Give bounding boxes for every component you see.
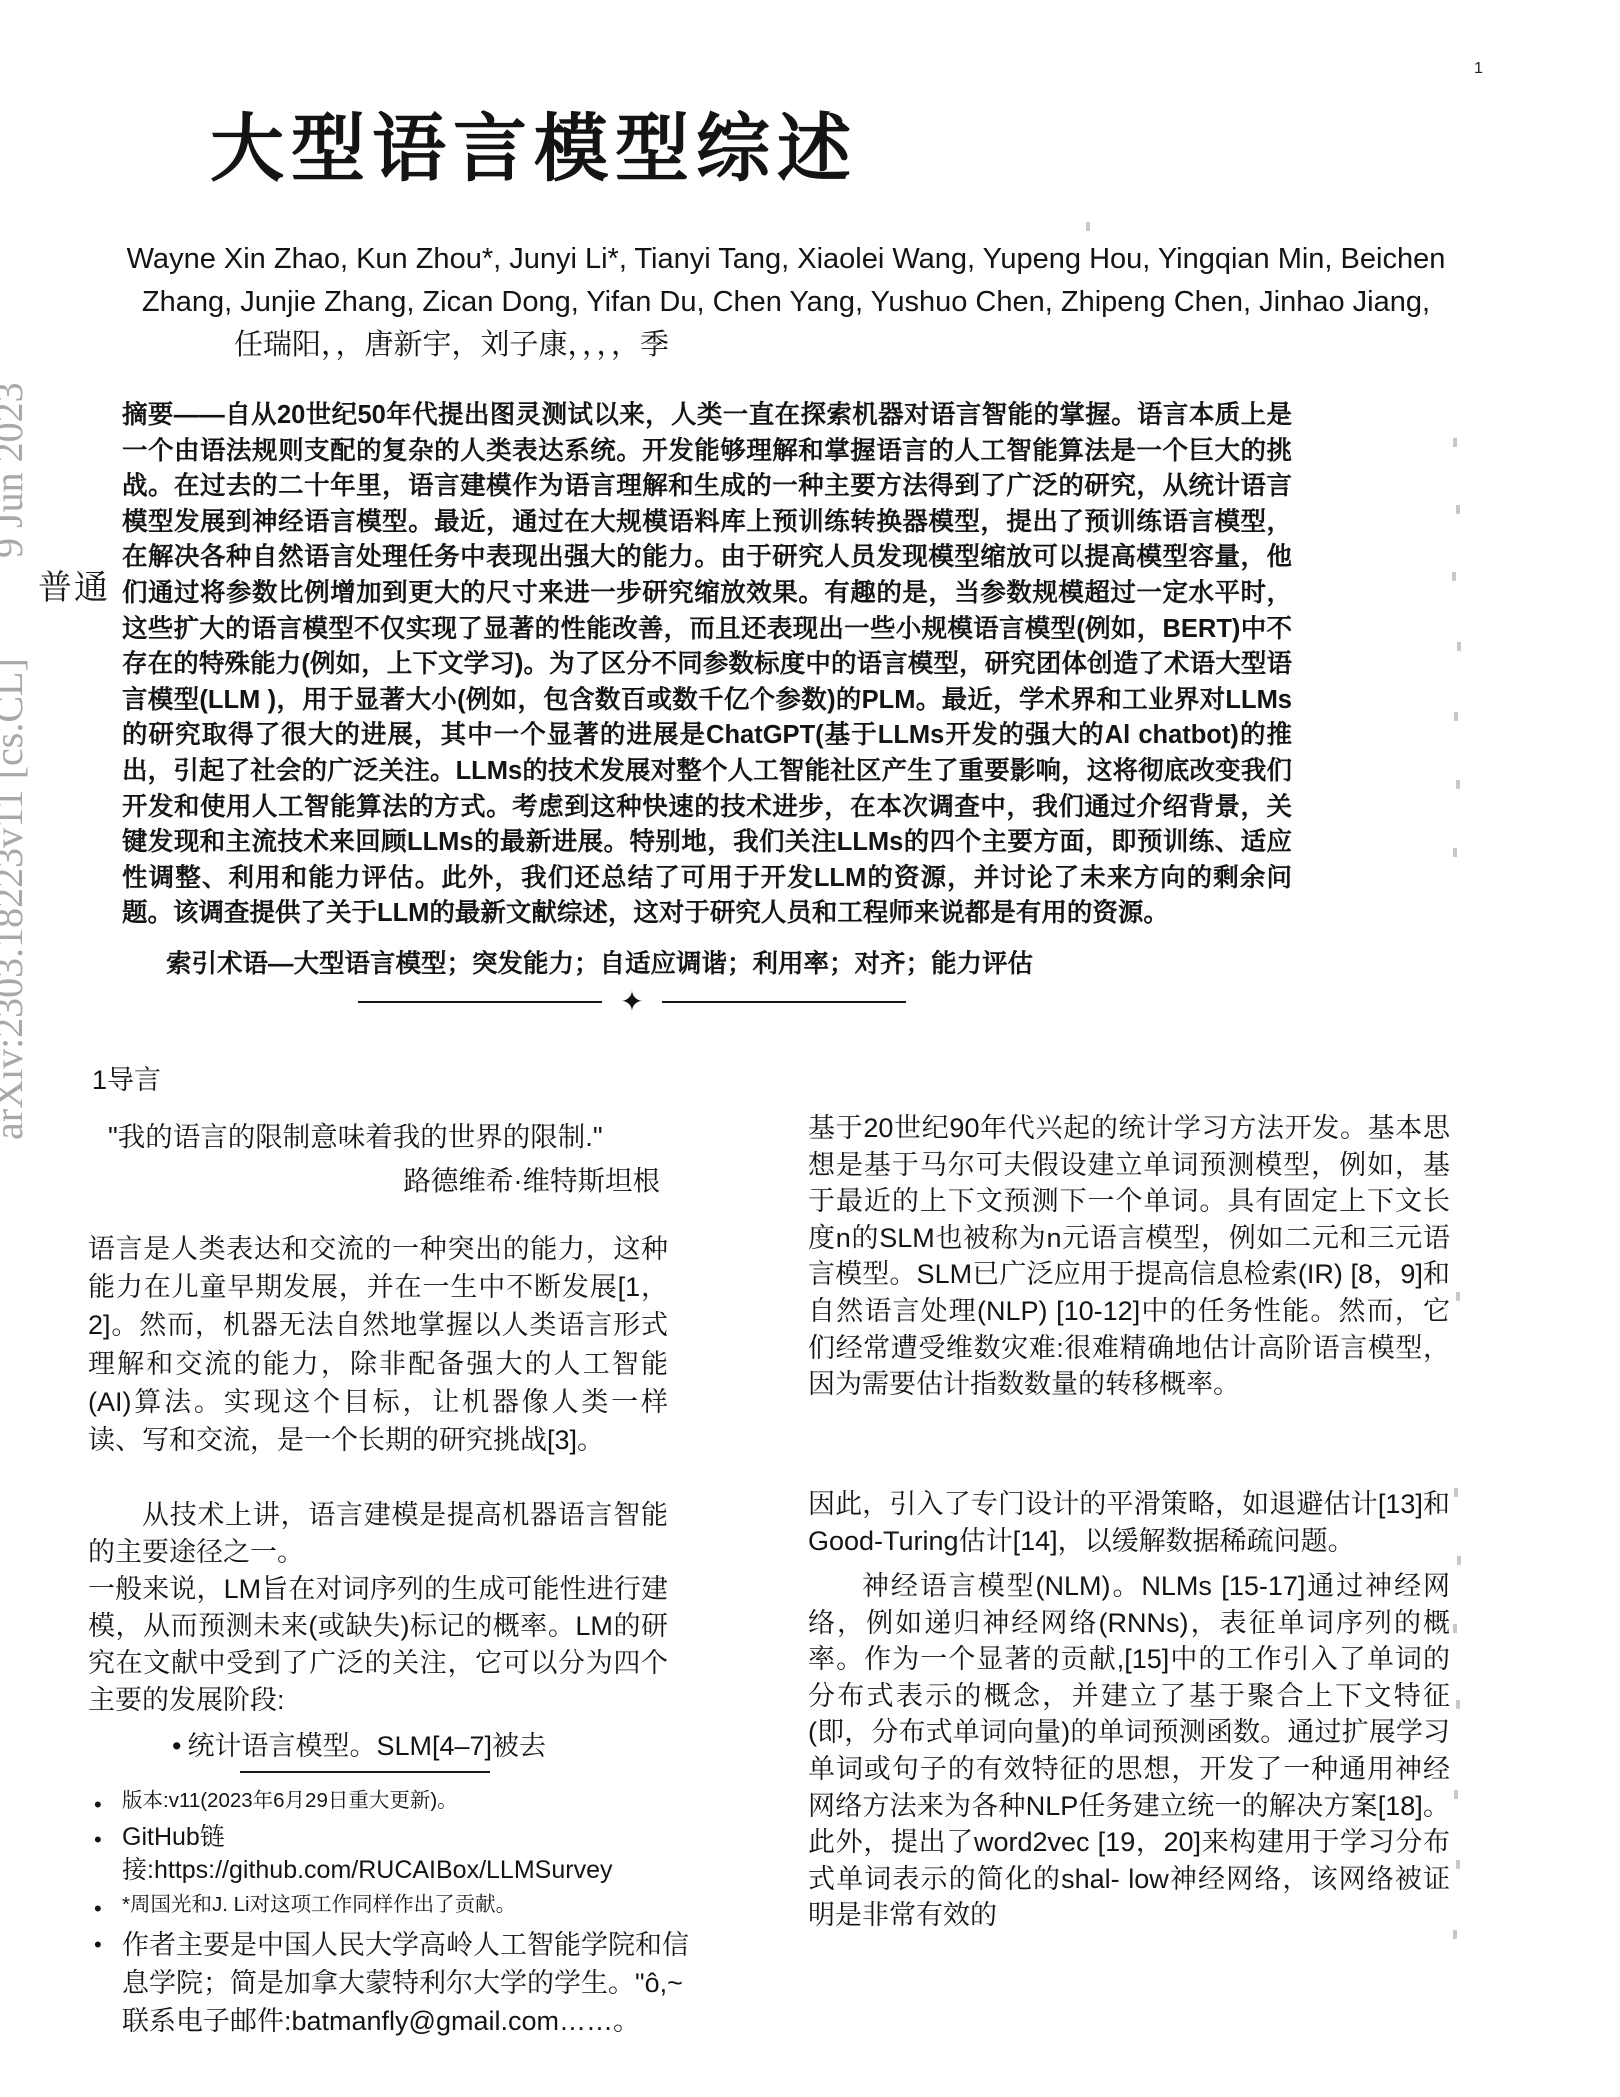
scan-artifact — [1456, 1860, 1460, 1869]
index-terms: 索引术语—大型语言模型；突发能力；自适应调谐；利用率；对齐；能力评估 — [122, 944, 1292, 980]
author-block: Wayne Xin Zhao, Kun Zhou*, Junyi Li*, Ti… — [96, 238, 1476, 367]
bullet-icon: • — [94, 1821, 122, 1853]
footnote-item: • GitHub链接:https://github.com/RUCAIBox/L… — [94, 1821, 700, 1887]
sidebar-overlay-label: 普通 — [38, 560, 110, 609]
footnote-version: 版本:v11(2023年6月29日重大更新)。 — [122, 1786, 700, 1815]
right-paragraph-1: 基于20世纪90年代兴起的统计学习方法开发。基本思想是基于马尔可夫假设建立单词预… — [808, 1110, 1450, 1403]
scan-artifact — [1456, 1292, 1460, 1301]
epigraph-quote: "我的语言的限制意味着我的世界的限制." — [108, 1114, 674, 1154]
footnote-github-link: GitHub链接:https://github.com/RUCAIBox/LLM… — [122, 1821, 700, 1887]
scan-artifact — [1452, 572, 1456, 581]
scan-artifact — [1457, 1556, 1461, 1565]
scan-artifact — [1453, 848, 1457, 857]
section-heading: 1导言 — [92, 1058, 161, 1097]
footnote-contribution: *周国光和J. Li对这项工作同样作出了贡献。 — [122, 1890, 700, 1919]
paper-page: 1 arXiv:2303.18223v11 [cs.CL] 9 Jun 2023… — [0, 0, 1620, 2097]
scan-artifact — [1456, 780, 1460, 789]
footnote-block: • 版本:v11(2023年6月29日重大更新)。 • GitHub链接:htt… — [94, 1786, 700, 2043]
scan-artifact — [1453, 1624, 1457, 1633]
diamond-icon: ✦ — [620, 988, 643, 1016]
section-divider: ✦ — [358, 988, 906, 1016]
scan-artifact — [1453, 1930, 1457, 1939]
right-paragraph-3: 神经语言模型(NLM)。NLMs [15-17]通过神经网络，例如递归神经网络(… — [808, 1568, 1450, 1934]
divider-line-right — [662, 1001, 906, 1004]
abstract-paragraph: 摘要——自从20世纪50年代提出图灵测试以来，人类一直在探索机器对语言智能的掌握… — [122, 398, 1292, 932]
scan-artifact — [1454, 712, 1458, 721]
bullet-icon: • — [94, 1786, 122, 1818]
footnote-item: • 版本:v11(2023年6月29日重大更新)。 — [94, 1786, 700, 1818]
scan-artifact — [1086, 222, 1090, 231]
scan-artifact — [1456, 505, 1460, 514]
footnote-affiliation: 作者主要是中国人民大学高岭人工智能学院和信息学院；简是加拿大蒙特利尔大学的学生。… — [122, 1926, 700, 2040]
bullet-item-text: 统计语言模型。SLM[4–7]被去 — [187, 1731, 546, 1761]
author-line-1: Wayne Xin Zhao, Kun Zhou*, Junyi Li*, Ti… — [96, 238, 1476, 281]
footnote-item: • 作者主要是中国人民大学高岭人工智能学院和信息学院；简是加拿大蒙特利尔大学的学… — [94, 1926, 700, 2040]
scan-artifact — [1454, 1488, 1458, 1497]
arxiv-watermark-id: arXiv:2303.18223v11 [cs.CL] — [0, 658, 32, 1140]
divider-line-left — [358, 1001, 602, 1004]
left-paragraph-1: 语言是人类表达和交流的一种突出的能力，这种能力在儿童早期发展，并在一生中不断发展… — [88, 1230, 668, 1459]
bullet-icon: • — [94, 1926, 122, 1958]
left-paragraph-group: 从技术上讲，语言建模是提高机器语言智能的主要途径之一。 一般来说，LM旨在对词序… — [88, 1497, 668, 1719]
page-number: 1 — [1474, 60, 1483, 78]
bullet-icon: • — [94, 1890, 122, 1922]
footnote-item: • *周国光和J. Li对这项工作同样作出了贡献。 — [94, 1890, 700, 1922]
scan-artifact — [1457, 642, 1461, 651]
epigraph-attribution: 路德维希·维特斯坦根 — [96, 1158, 660, 1198]
left-paragraph-2: 从技术上讲，语言建模是提高机器语言智能的主要途径之一。 — [88, 1497, 668, 1571]
arxiv-watermark-date: 9 Jun 2023 — [0, 382, 32, 558]
bullet-item-slm: •统计语言模型。SLM[4–7]被去 — [172, 1724, 672, 1763]
left-paragraph-3: 一般来说，LM旨在对词序列的生成可能性进行建模，从而预测未来(或缺失)标记的概率… — [88, 1571, 668, 1719]
scan-artifact — [1454, 1790, 1458, 1799]
scan-artifact — [1453, 438, 1457, 447]
right-paragraph-2: 因此，引入了专门设计的平滑策略，如退避估计[13]和Good-Turing估计[… — [808, 1486, 1450, 1559]
author-line-2: Zhang, Junjie Zhang, Zican Dong, Yifan D… — [96, 281, 1476, 324]
paper-title: 大型语言模型综述 — [210, 90, 858, 196]
footnote-rule — [240, 1771, 490, 1773]
scan-artifact — [1456, 1700, 1460, 1709]
bullet-icon: • — [172, 1731, 181, 1761]
author-line-3: 任瑞阳，，唐新宇，刘子康，，，，季 — [96, 324, 1476, 367]
